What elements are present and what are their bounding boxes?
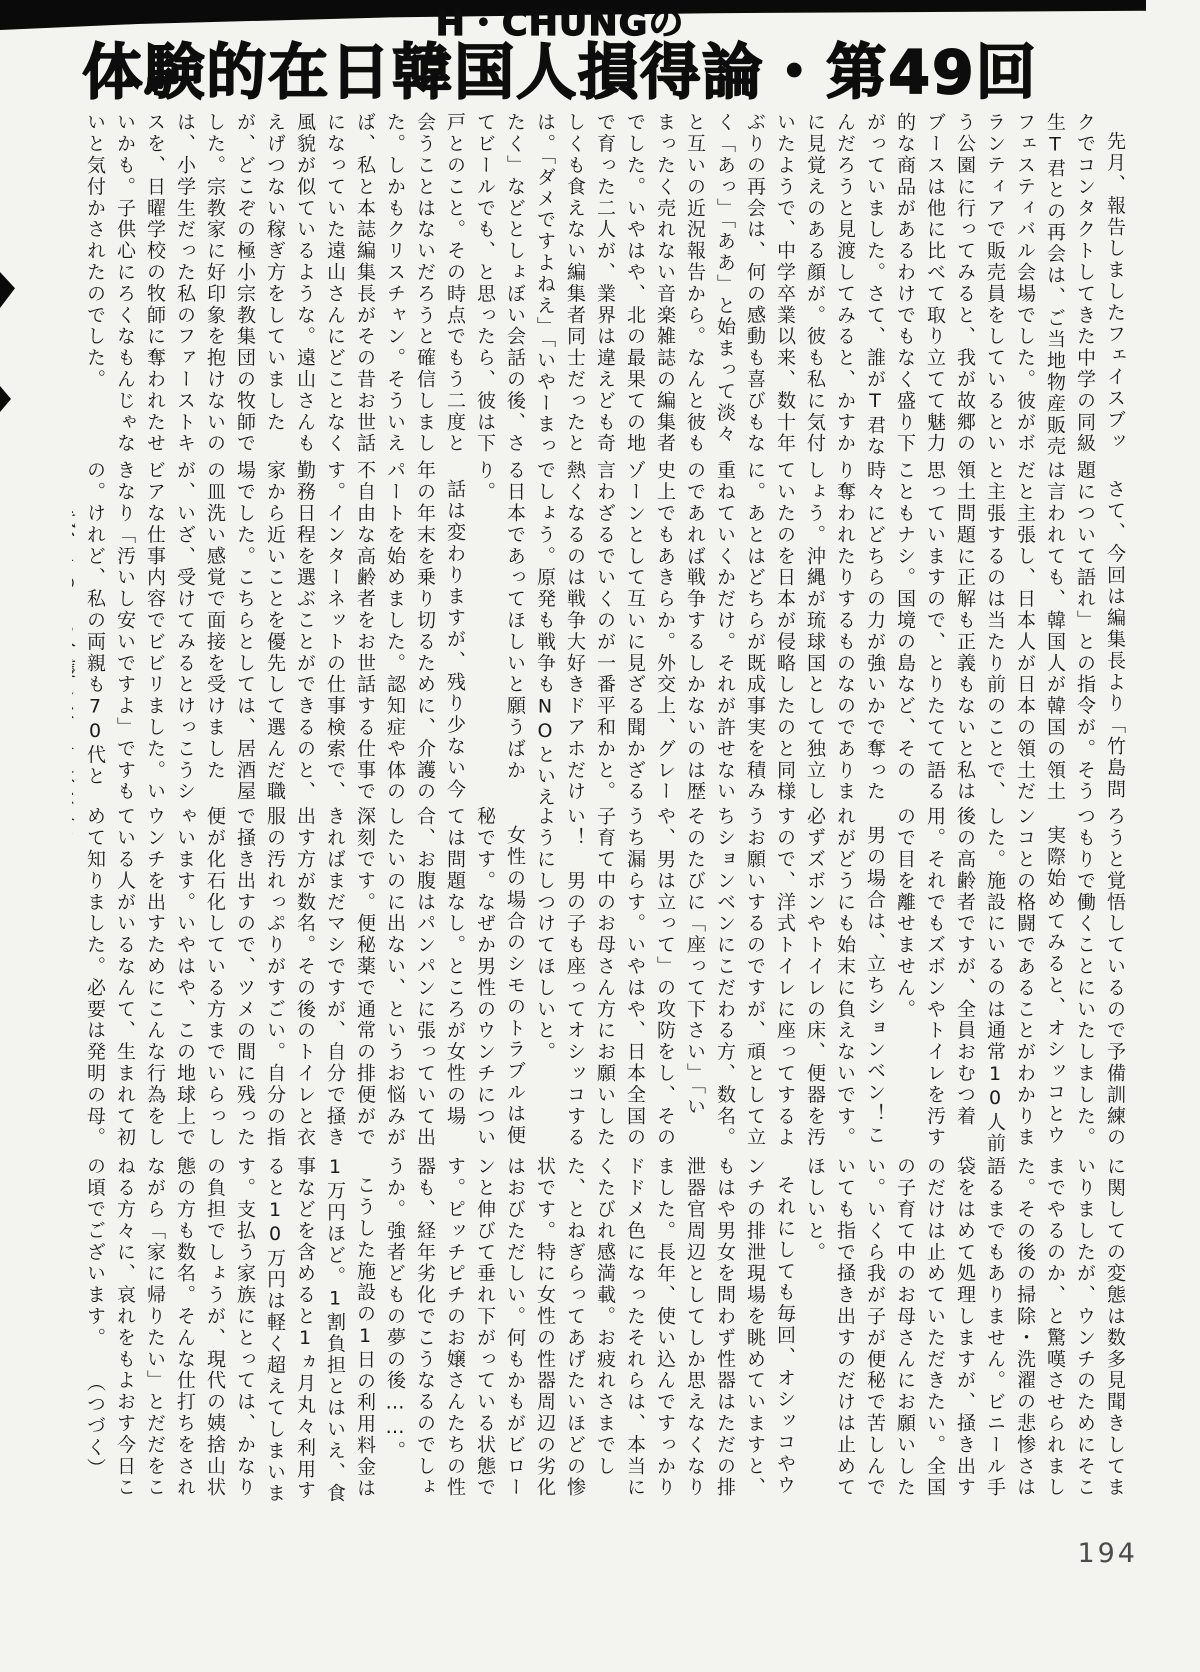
- page-title: 体験的在日韓国人損得論・第49回: [0, 42, 1120, 104]
- text-band-3: ろうと覚悟しているので予備訓練のつもりで働くことにいたしました。 実際始めてみる…: [72, 806, 1130, 1156]
- paragraph: 実際始めてみると、オシッコとウンコとの格闘であることがわかりました。施設にいるの…: [890, 806, 1070, 1156]
- page-number: 194: [1077, 1538, 1138, 1569]
- paragraph: ろうと覚悟しているので予備訓練のつもりで働くことにいたしました。: [1070, 806, 1130, 1156]
- paragraph: さて、今回は編集長より「竹島問題について語れ」との指令が。そうは言われても、韓国…: [470, 460, 1130, 810]
- column-title-block: H・CHUNGの 体験的在日韓国人損得論・第49回: [0, 6, 1120, 104]
- column-author-line: H・CHUNGの: [0, 6, 1120, 42]
- text-band-4: に関しての変態は数多見聞きしてまいりましたが、ウンチのためにそこまでやるのか、と…: [72, 1156, 1130, 1506]
- paragraph: それにしても毎回、オシッコやウンチの排泄現場を眺めていますと、もはや男女を問わず…: [380, 1156, 800, 1506]
- paragraph: に関しての変態は数多見聞きしてまいりましたが、ウンチのためにそこまでやるのか、と…: [800, 1156, 1130, 1506]
- scan-artifact-left-mark-icon: [0, 272, 15, 308]
- scan-artifact-left-mark-icon: [0, 386, 11, 412]
- paragraph: 男の場合は、立ちションベン！これがどうにも始末に負えないです。必ずズボンやトイレ…: [530, 806, 890, 1156]
- paragraph: 先月、報告しましたフェイスブックでコンタクトしてきた中学の同級生T君との再会は、…: [80, 112, 1130, 462]
- paragraph: 女性の場合のシモのトラブルは便秘です。なぜか男性のウンチについては問題なし。とこ…: [72, 806, 530, 1156]
- magazine-page: H・CHUNGの 体験的在日韓国人損得論・第49回 先月、報告しましたフェイスブ…: [0, 0, 1200, 1672]
- text-band-1: 先月、報告しましたフェイスブックでコンタクトしてきた中学の同級生T君との再会は、…: [72, 112, 1130, 462]
- text-band-2: さて、今回は編集長より「竹島問題について語れ」との指令が。そうは言われても、韓国…: [72, 460, 1130, 810]
- paragraph: 話は変わりますが、残り少ない今年の年末を乗り切るために、介護のパートを始めました…: [72, 460, 470, 810]
- paragraph: こうした施設の1日の利用料金は1万円ほど。1割負担とはいえ、食事などを含めると1…: [80, 1156, 380, 1506]
